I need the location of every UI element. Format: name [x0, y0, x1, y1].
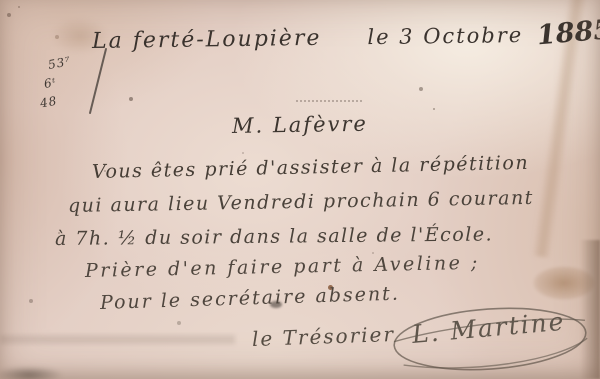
letter-header: La ferté-Loupière le 3 Octobre 1885: [92, 17, 600, 55]
closing-line: Pour le secrétaire absent.: [100, 283, 400, 314]
date-text: le 3 Octobre: [367, 23, 523, 49]
paper-stain-right: [533, 266, 595, 300]
handwritten-letter-photo: La ferté-Loupière le 3 Octobre 1885 53⁷ …: [0, 0, 600, 379]
place-name: La ferté-Loupière: [92, 26, 322, 54]
pen-stroke: [89, 48, 107, 114]
body-line-4: Prière d'en faire part à Aveline ;: [85, 252, 480, 282]
ink-specks: [0, 0, 2, 2]
signature-title: le Trésorier: [252, 322, 396, 351]
salutation: M. Lafèvre: [232, 112, 368, 138]
year-text: 1885: [536, 14, 600, 51]
margin-note: 53⁷: [47, 54, 72, 72]
shadow-bottom-left: [0, 366, 64, 379]
margin-note: 6ᵗ: [43, 75, 58, 91]
faded-dotted-marks: [296, 100, 362, 102]
margin-note: 48: [39, 94, 58, 111]
body-line-3: à 7h. ½ du soir dans la salle de l'École…: [55, 223, 493, 250]
body-line-2: qui aura lieu Vendredi prochain 6 couran…: [68, 187, 534, 217]
paper-pressure-band: [0, 335, 235, 344]
body-line-1: Vous êtes prié d'assister à la répétitio…: [92, 152, 530, 183]
